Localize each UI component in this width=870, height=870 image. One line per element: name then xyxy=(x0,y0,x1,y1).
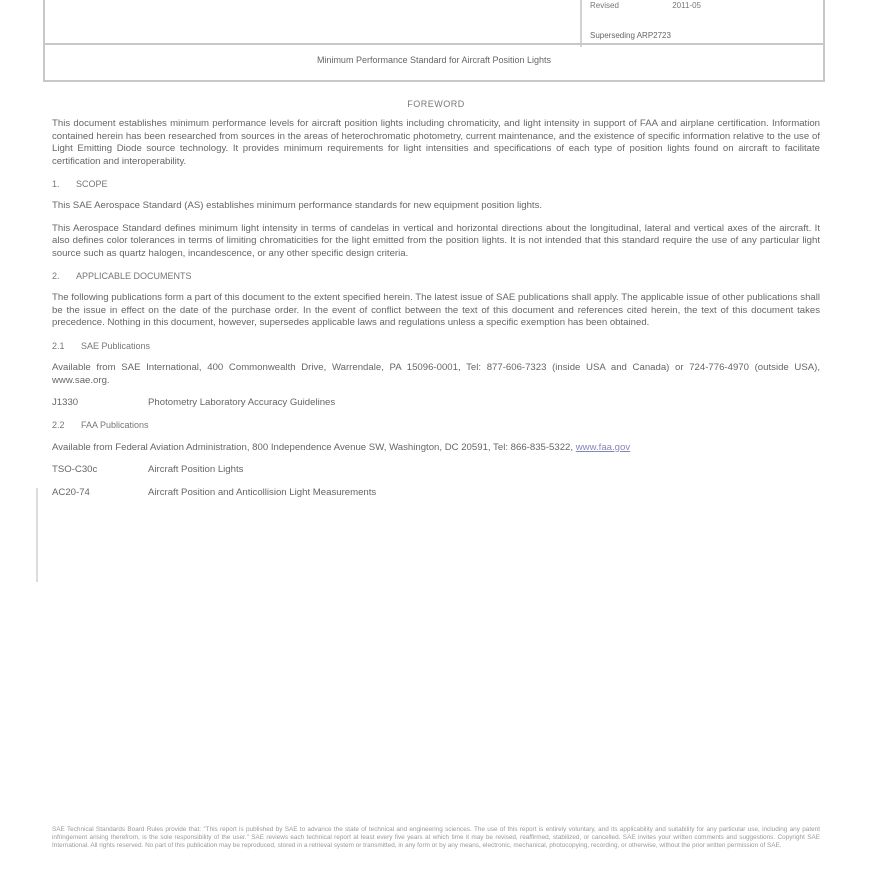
reference-row: J1330Photometry Laboratory Accuracy Guid… xyxy=(52,397,820,409)
revised-date: 2011-05 xyxy=(672,0,701,12)
scope-paragraph-2: This Aerospace Standard defines minimum … xyxy=(52,223,820,260)
sae-publications-text: Available from SAE International, 400 Co… xyxy=(52,362,820,387)
section-heading-scope: 1.SCOPE xyxy=(52,178,820,190)
reference-row: TSO-C30cAircraft Position Lights xyxy=(52,464,820,476)
subsection-heading-sae: 2.1 SAE Publications xyxy=(52,340,820,352)
header-right-divider xyxy=(580,0,582,47)
foreword-text: This document establishes minimum perfor… xyxy=(52,118,820,168)
header-box: Revised 2011-05 Superseding ARP2723 Mini… xyxy=(43,0,825,82)
document-page: Revised 2011-05 Superseding ARP2723 Mini… xyxy=(0,0,870,870)
document-body: FOREWORD This document establishes minim… xyxy=(52,98,820,509)
foreword-heading: FOREWORD xyxy=(52,98,820,110)
faa-website-link[interactable]: www.faa.gov xyxy=(576,442,630,453)
revised-row: Revised 2011-05 xyxy=(590,0,701,12)
revised-label: Revised xyxy=(590,0,670,12)
header-divider xyxy=(45,43,823,45)
subsection-heading-faa: 2.2 FAA Publications xyxy=(52,419,820,431)
section-heading-applicable-documents: 2.APPLICABLE DOCUMENTS xyxy=(52,270,820,282)
applicable-documents-paragraph: The following publications form a part o… xyxy=(52,292,820,329)
change-bar xyxy=(36,488,38,582)
footer-disclaimer: SAE Technical Standards Board Rules prov… xyxy=(52,826,820,850)
superseding-label: Superseding ARP2723 xyxy=(590,30,671,42)
scope-paragraph-1: This SAE Aerospace Standard (AS) establi… xyxy=(52,200,820,212)
reference-row: AC20-74Aircraft Position and Anticollisi… xyxy=(52,487,820,499)
faa-publications-text: Available from Federal Aviation Administ… xyxy=(52,442,820,454)
document-title: Minimum Performance Standard for Aircraf… xyxy=(45,54,823,66)
